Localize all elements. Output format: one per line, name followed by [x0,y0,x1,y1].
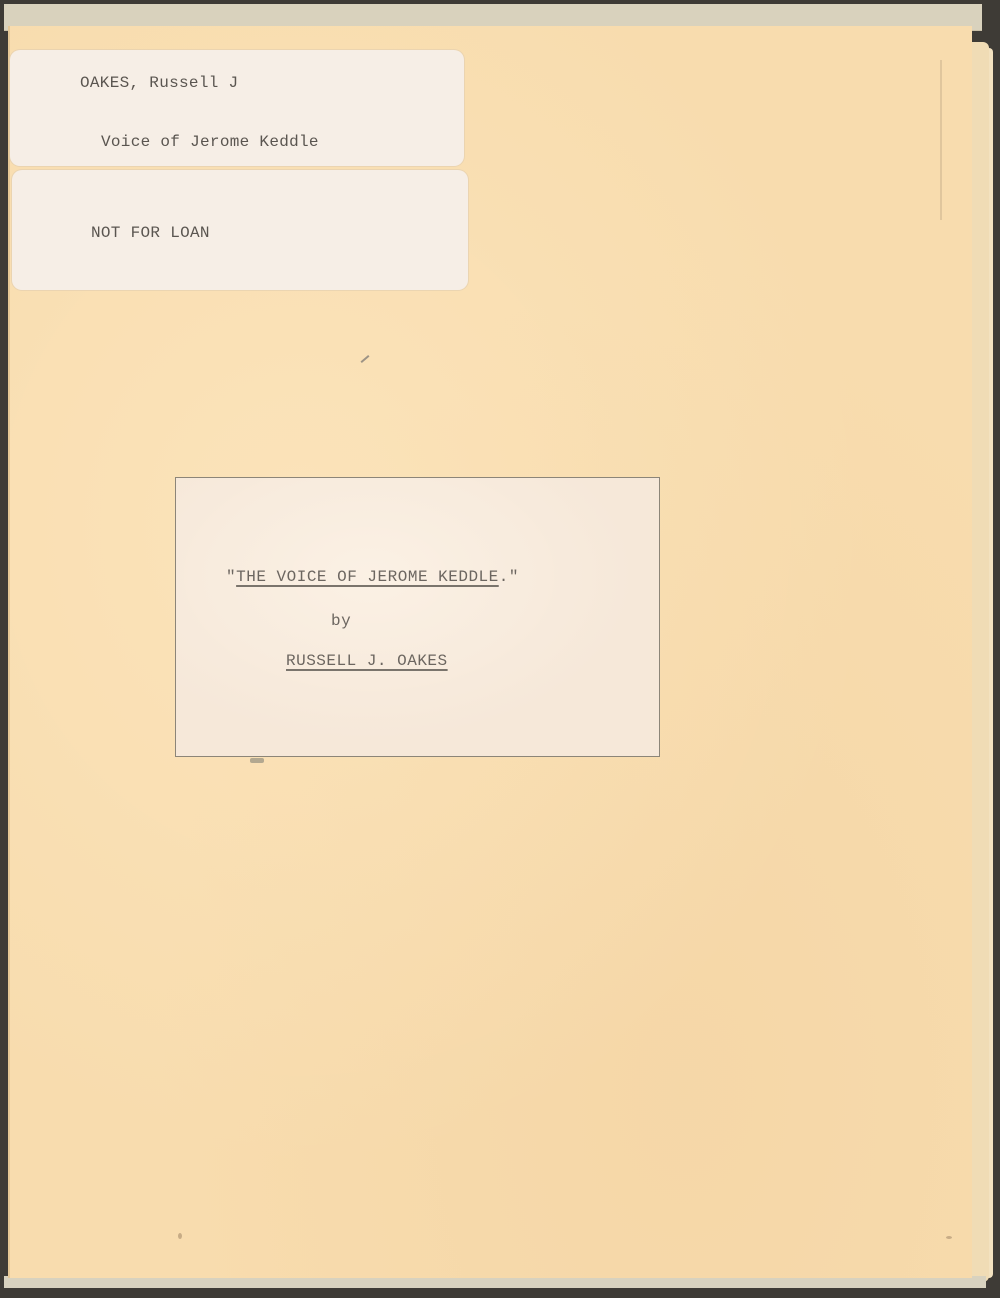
paper-speck [178,1233,182,1239]
title-card: "THE VOICE OF JEROME KEDDLE." by RUSSELL… [175,477,660,757]
by-line: by [331,612,351,630]
short-title: Voice of Jerome Keddle [101,133,319,151]
author-name: OAKES, Russell J [80,74,238,92]
work-title-underlined: THE VOICE OF JEROME KEDDLE [236,568,499,586]
glue-mark [250,758,264,763]
author-credit: RUSSELL J. OAKES [286,652,448,670]
scanned-page: OAKES, Russell J Voice of Jerome Keddle … [0,0,1000,1298]
paper-crease [940,60,942,220]
paper-speck [946,1236,952,1239]
work-title: "THE VOICE OF JEROME KEDDLE." [226,568,519,586]
loan-status-text: NOT FOR LOAN [91,224,210,242]
catalog-label: OAKES, Russell J Voice of Jerome Keddle [10,50,464,166]
loan-status-label: NOT FOR LOAN [12,170,468,290]
